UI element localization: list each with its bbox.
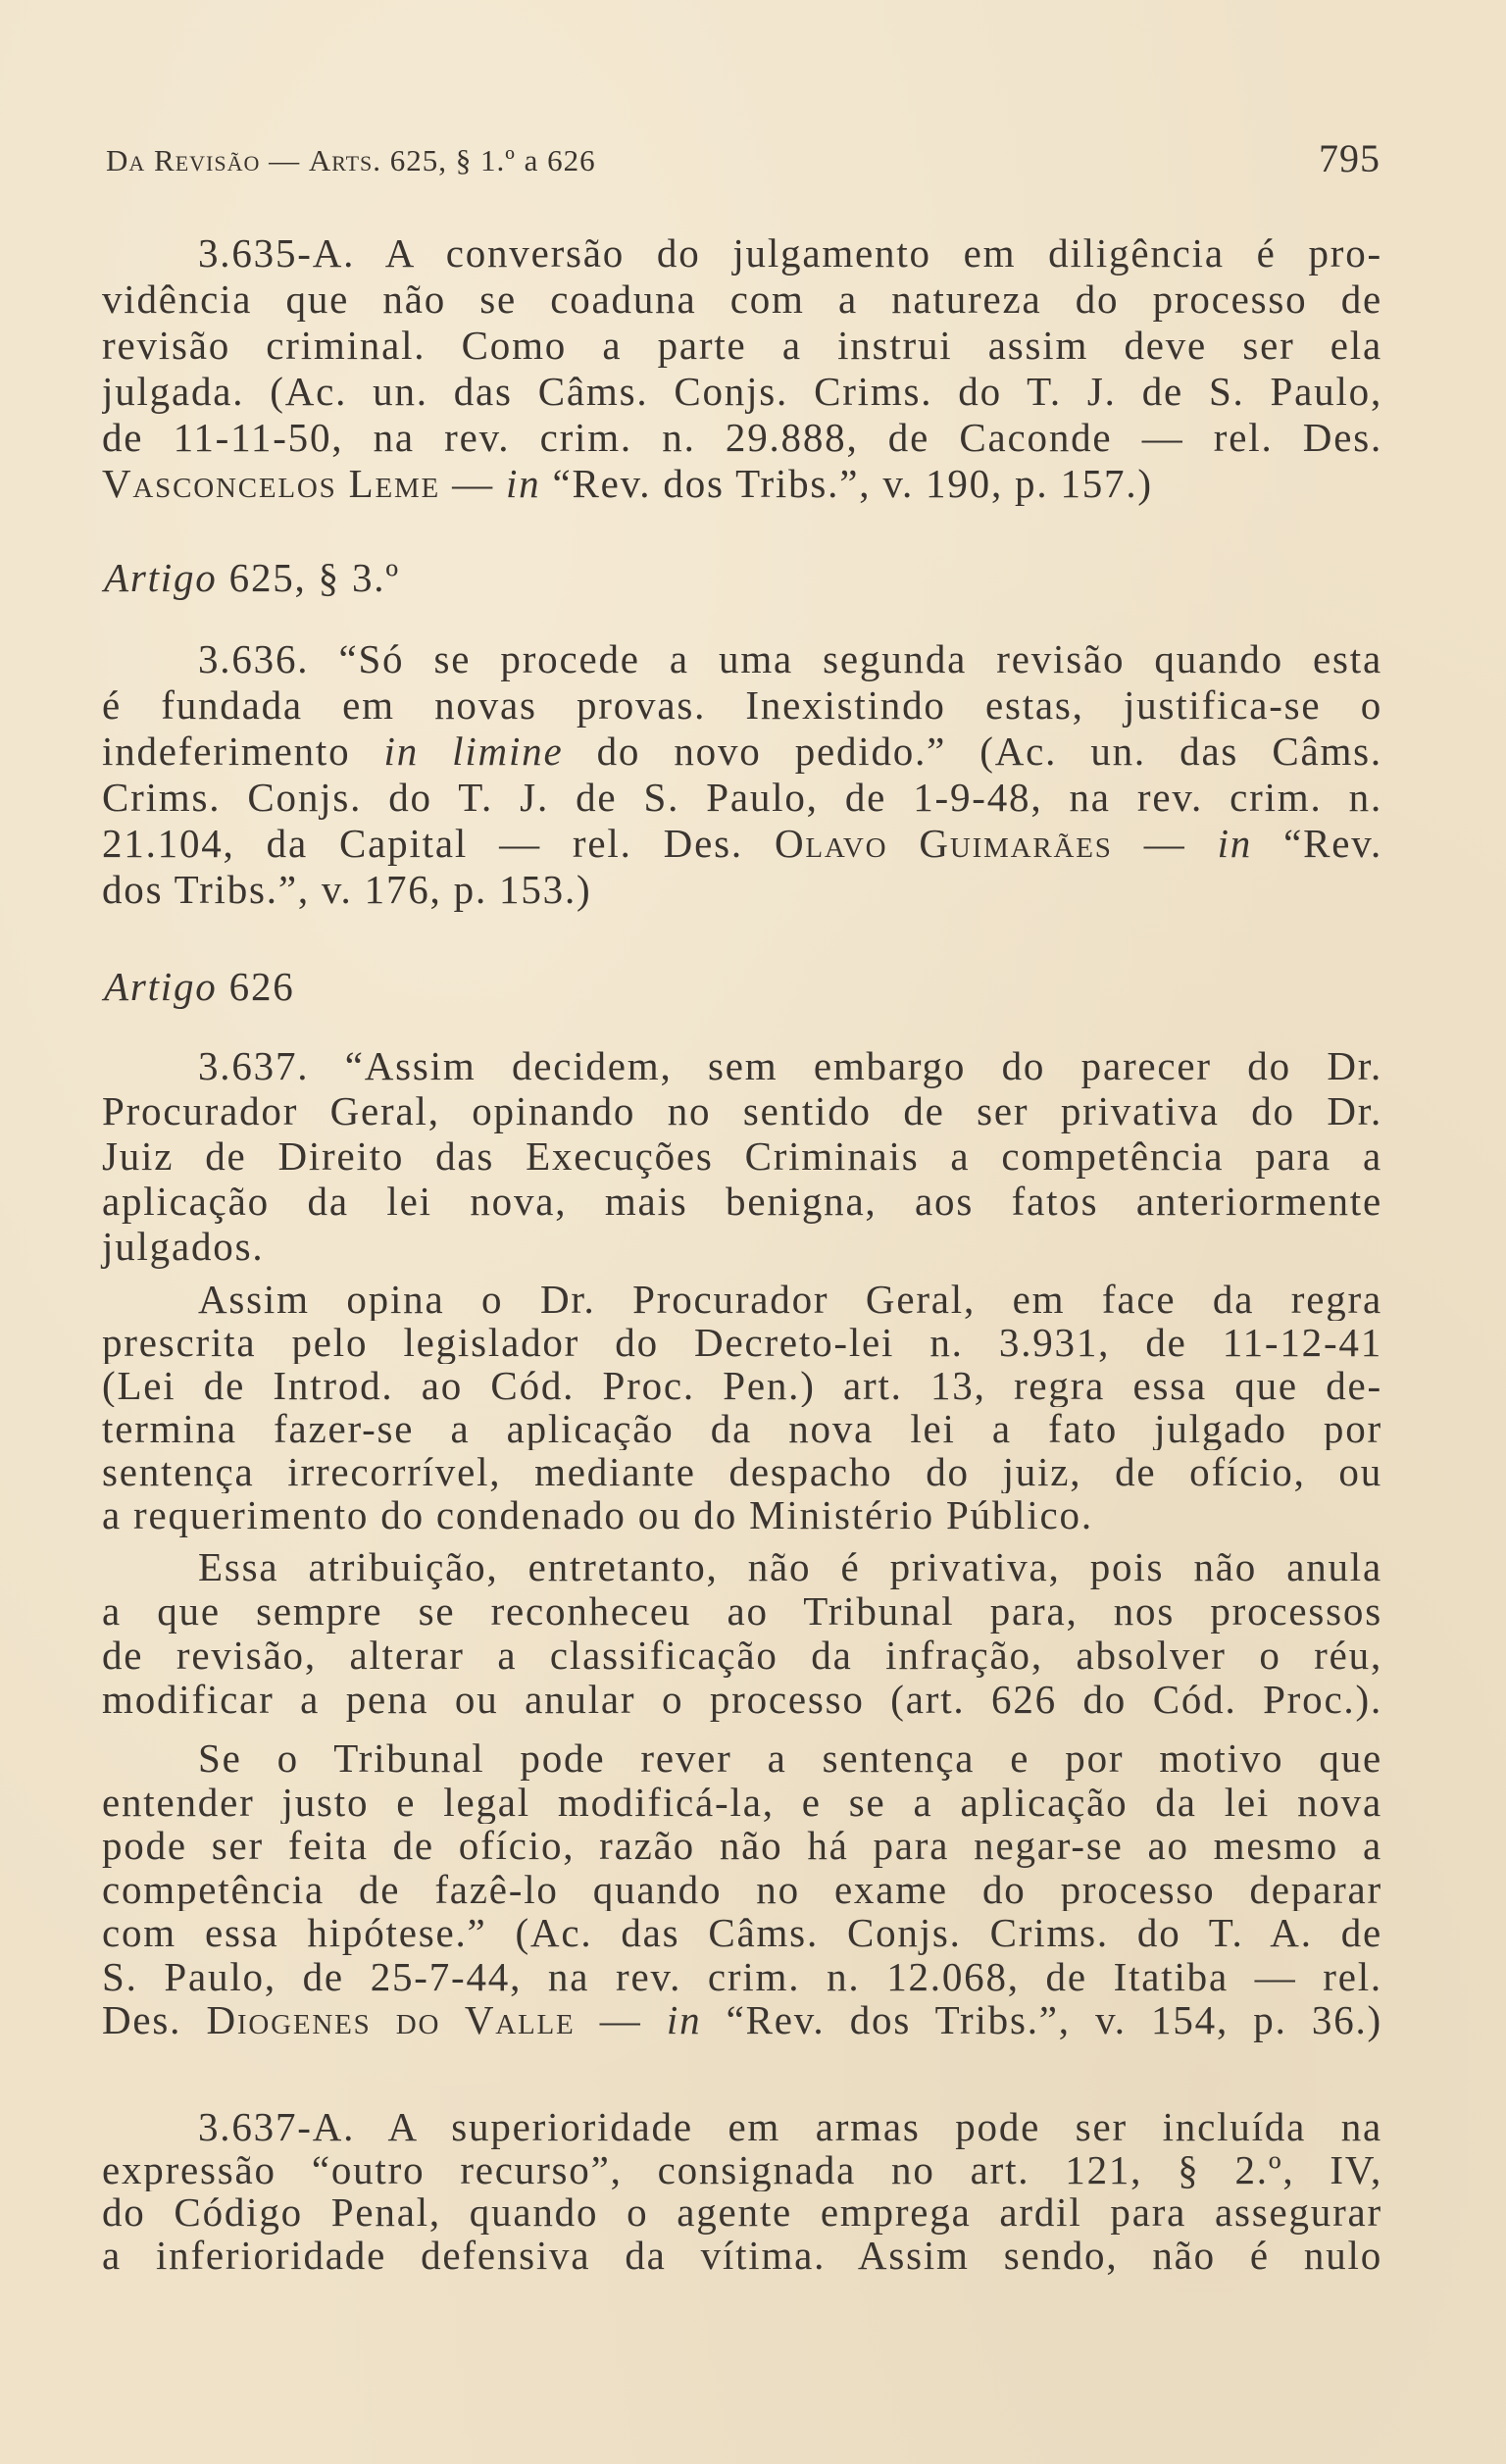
text-run: com essa hipótese.” (Ac. das Câms. Conjs… <box>102 1911 1382 1955</box>
running-head-title: Da Revisão — Arts. 625, § 1.º a 626 <box>106 139 596 182</box>
text-run: do Código Penal, quando o agente emprega… <box>102 2191 1382 2235</box>
small-caps-name: Vasconcelos Leme <box>102 461 440 506</box>
text-line: entender justo e legal modificá-la, e se… <box>102 1781 1382 1825</box>
text-run: Juiz de Direito das Execuções Criminais … <box>102 1133 1382 1179</box>
text-run: dos Tribs.”, v. 176, p. 153.) <box>102 867 591 912</box>
text-run: — <box>576 1998 667 2042</box>
text-line: Essa atribuição, entretanto, não é priva… <box>102 1545 1382 1589</box>
text-run: 3.636. “Só se procede a uma segunda revi… <box>198 636 1382 681</box>
text-run: — <box>440 461 506 506</box>
text-line: termina fazer-se a aplicação da nova lei… <box>102 1407 1382 1450</box>
text-run: de revisão, alterar a classificação da i… <box>102 1634 1382 1678</box>
paragraph: Assim opina o Dr. Procurador Geral, em f… <box>102 1278 1382 1536</box>
text-line: Des. Diogenes do Valle — in “Rev. dos Tr… <box>102 1998 1382 2042</box>
text-run: 3.637. “Assim decidem, sem embargo do pa… <box>198 1043 1382 1088</box>
text-line: indeferimento in limine do novo pedido.”… <box>102 729 1382 775</box>
text-run: Crims. Conjs. do T. J. de S. Paulo, de 1… <box>102 775 1382 820</box>
text-run: aplicação da lei nova, mais benigna, aos… <box>102 1179 1382 1224</box>
text-line: prescrita pelo legislador do Decreto-lei… <box>102 1321 1382 1364</box>
text-line: Se o Tribunal pode rever a sentença e po… <box>102 1736 1382 1781</box>
text-run: 3.637-A. A superioridade em armas pode s… <box>198 2106 1382 2149</box>
text-run: termina fazer-se a aplicação da nova lei… <box>102 1407 1382 1450</box>
text-line: 3.636. “Só se procede a uma segunda revi… <box>102 636 1382 682</box>
text-line: 3.637-A. A superioridade em armas pode s… <box>102 2106 1382 2149</box>
book-page: Da Revisão — Arts. 625, § 1.º a 626 795 … <box>0 0 1506 2464</box>
text-line: vidência que não se coaduna com a nature… <box>102 277 1382 323</box>
paragraph: Se o Tribunal pode rever a sentença e po… <box>102 1736 1382 2042</box>
italic-text: in <box>667 1998 702 2042</box>
italic-text: in <box>506 461 541 506</box>
text-line: do Código Penal, quando o agente emprega… <box>102 2191 1382 2235</box>
text-run: 625, § 3.º <box>218 555 400 600</box>
small-caps-name: Arts. <box>309 143 381 177</box>
paragraph: 3.637. “Assim decidem, sem embargo do pa… <box>102 1043 1382 1269</box>
small-caps-name: Da Revisão <box>106 143 260 177</box>
text-run: a que sempre se reconheceu ao Tribunal p… <box>102 1589 1382 1634</box>
text-run: modificar a pena ou anular o processo (a… <box>102 1678 1382 1722</box>
text-run: 21.104, da Capital — rel. Des. <box>102 821 775 866</box>
italic-text: in limine <box>384 729 564 774</box>
section-heading: Artigo 626 <box>104 964 295 1009</box>
text-line: Assim opina o Dr. Procurador Geral, em f… <box>102 1278 1382 1321</box>
text-line: julgados. <box>102 1224 1382 1269</box>
italic-text: Artigo <box>104 555 218 600</box>
text-line: dos Tribs.”, v. 176, p. 153.) <box>102 867 1382 913</box>
text-run: revisão criminal. Como a parte a instrui… <box>102 323 1382 368</box>
text-run: Procurador Geral, opinando no sentido de… <box>102 1088 1382 1133</box>
paragraph: 3.637-A. A superioridade em armas pode s… <box>102 2106 1382 2277</box>
text-line: de 11-11-50, na rev. crim. n. 29.888, de… <box>102 415 1382 461</box>
text-line: competência de fazê-lo quando no exame d… <box>102 1868 1382 1912</box>
text-line: 3.635-A. A conversão do julgamento em di… <box>102 230 1382 277</box>
text-line: revisão criminal. Como a parte a instrui… <box>102 323 1382 369</box>
text-run: — <box>1113 821 1218 866</box>
italic-text: Artigo <box>104 964 218 1009</box>
paragraph: Essa atribuição, entretanto, não é priva… <box>102 1545 1382 1722</box>
running-head: Da Revisão — Arts. 625, § 1.º a 626 795 <box>106 139 1380 182</box>
text-run: pode ser feita de ofício, razão não há p… <box>102 1824 1382 1868</box>
text-line: Juiz de Direito das Execuções Criminais … <box>102 1133 1382 1179</box>
text-run: entender justo e legal modificá-la, e se… <box>102 1781 1382 1825</box>
text-line: Vasconcelos Leme — in “Rev. dos Tribs.”,… <box>102 461 1382 507</box>
text-line: 3.637. “Assim decidem, sem embargo do pa… <box>102 1043 1382 1088</box>
text-line: com essa hipótese.” (Ac. das Câms. Conjs… <box>102 1911 1382 1955</box>
text-run: “Rev. <box>1252 821 1382 866</box>
text-line: sentença irrecorrível, mediante despacho… <box>102 1450 1382 1493</box>
text-run: prescrita pelo legislador do Decreto-lei… <box>102 1321 1382 1364</box>
text-run: “Rev. dos Tribs.”, v. 154, p. 36.) <box>701 1998 1382 2042</box>
text-run: do novo pedido.” (Ac. un. das Câms. <box>563 729 1382 774</box>
text-line: modificar a pena ou anular o processo (a… <box>102 1678 1382 1722</box>
text-run: competência de fazê-lo quando no exame d… <box>102 1868 1382 1912</box>
text-line: (Lei de Introd. ao Cód. Proc. Pen.) art.… <box>102 1364 1382 1407</box>
section-heading: Artigo 625, § 3.º <box>104 555 400 600</box>
text-line: Crims. Conjs. do T. J. de S. Paulo, de 1… <box>102 775 1382 821</box>
text-run: é fundada em novas provas. Inexistindo e… <box>102 682 1382 728</box>
small-caps-name: Diogenes do Valle <box>206 1998 575 2042</box>
text-line: S. Paulo, de 25-7-44, na rev. crim. n. 1… <box>102 1955 1382 1999</box>
paragraph: 3.635-A. A conversão do julgamento em di… <box>102 230 1382 507</box>
text-run: 3.635-A. A conversão do julgamento em di… <box>198 230 1382 276</box>
text-run: — <box>260 143 309 177</box>
text-line: a requerimento do condenado ou do Minist… <box>102 1493 1382 1536</box>
text-run: de 11-11-50, na rev. crim. n. 29.888, de… <box>102 415 1382 460</box>
text-run: julgados. <box>102 1224 264 1269</box>
text-run: expressão “outro recurso”, consignada no… <box>102 2149 1382 2192</box>
text-run: Se o Tribunal pode rever a sentença e po… <box>198 1736 1382 1781</box>
text-line: expressão “outro recurso”, consignada no… <box>102 2149 1382 2192</box>
text-run: indeferimento <box>102 729 384 774</box>
text-line: a que sempre se reconheceu ao Tribunal p… <box>102 1589 1382 1634</box>
text-run: 625, § 1.º a 626 <box>381 143 596 177</box>
text-run: Assim opina o Dr. Procurador Geral, em f… <box>198 1278 1382 1321</box>
text-line: aplicação da lei nova, mais benigna, aos… <box>102 1179 1382 1224</box>
text-run: a inferioridade defensiva da vítima. Ass… <box>102 2235 1382 2278</box>
text-run: a requerimento do condenado ou do Minist… <box>102 1492 1093 1537</box>
text-run: vidência que não se coaduna com a nature… <box>102 277 1382 322</box>
text-run: “Rev. dos Tribs.”, v. 190, p. 157.) <box>540 461 1152 506</box>
text-run: Des. <box>102 1998 206 2042</box>
text-run: Essa atribuição, entretanto, não é priva… <box>198 1545 1382 1589</box>
text-run: julgada. (Ac. un. das Câms. Conjs. Crims… <box>102 369 1382 414</box>
text-run: sentença irrecorrível, mediante despacho… <box>102 1450 1382 1493</box>
text-line: de revisão, alterar a classificação da i… <box>102 1634 1382 1678</box>
page-number: 795 <box>1319 137 1380 180</box>
text-line: julgada. (Ac. un. das Câms. Conjs. Crims… <box>102 369 1382 415</box>
text-line: pode ser feita de ofício, razão não há p… <box>102 1824 1382 1868</box>
italic-text: in <box>1218 821 1253 866</box>
text-line: 21.104, da Capital — rel. Des. Olavo Gui… <box>102 821 1382 867</box>
text-run: 626 <box>218 964 295 1009</box>
small-caps-name: Olavo Guimarães <box>775 821 1113 866</box>
text-line: é fundada em novas provas. Inexistindo e… <box>102 682 1382 729</box>
text-line: Procurador Geral, opinando no sentido de… <box>102 1088 1382 1133</box>
text-line: a inferioridade defensiva da vítima. Ass… <box>102 2235 1382 2278</box>
text-run: S. Paulo, de 25-7-44, na rev. crim. n. 1… <box>102 1955 1382 1999</box>
text-run: (Lei de Introd. ao Cód. Proc. Pen.) art.… <box>102 1364 1382 1407</box>
paragraph: 3.636. “Só se procede a uma segunda revi… <box>102 636 1382 913</box>
